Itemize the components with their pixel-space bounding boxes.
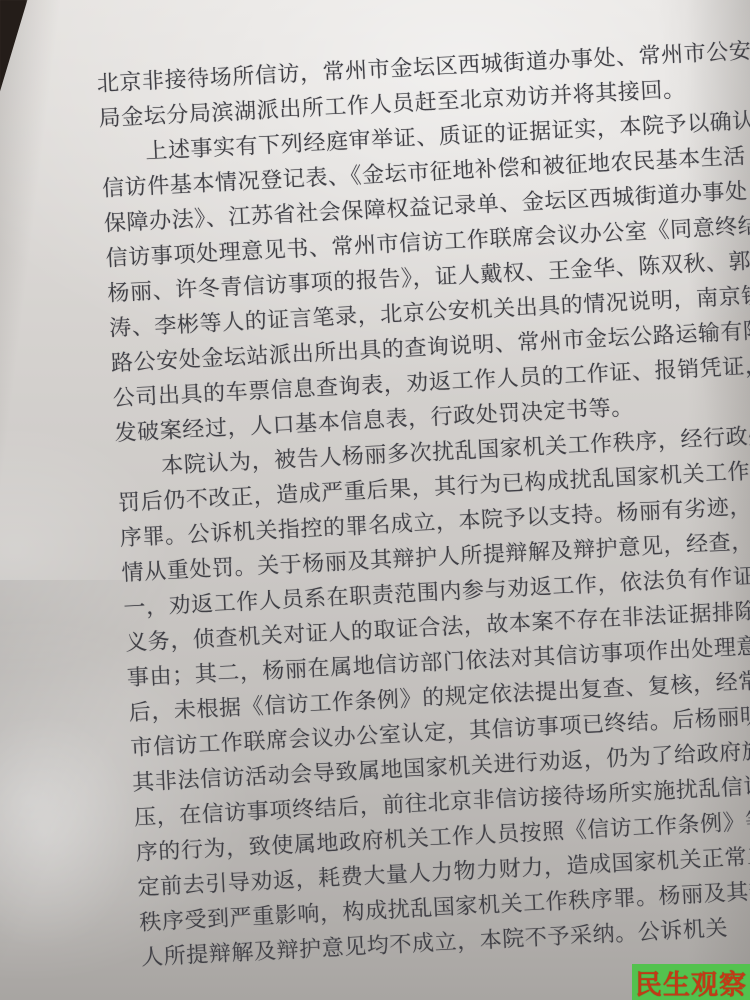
- watermark-badge: 民生观察: [632, 964, 750, 1000]
- document-photo: 北京非接待场所信访，常州市金坛区西城街道办事处、常州市公安 局金坛分局滨湖派出所…: [0, 0, 750, 1000]
- judgment-text-block: 北京非接待场所信访，常州市金坛区西城街道办事处、常州市公安 局金坛分局滨湖派出所…: [96, 34, 750, 975]
